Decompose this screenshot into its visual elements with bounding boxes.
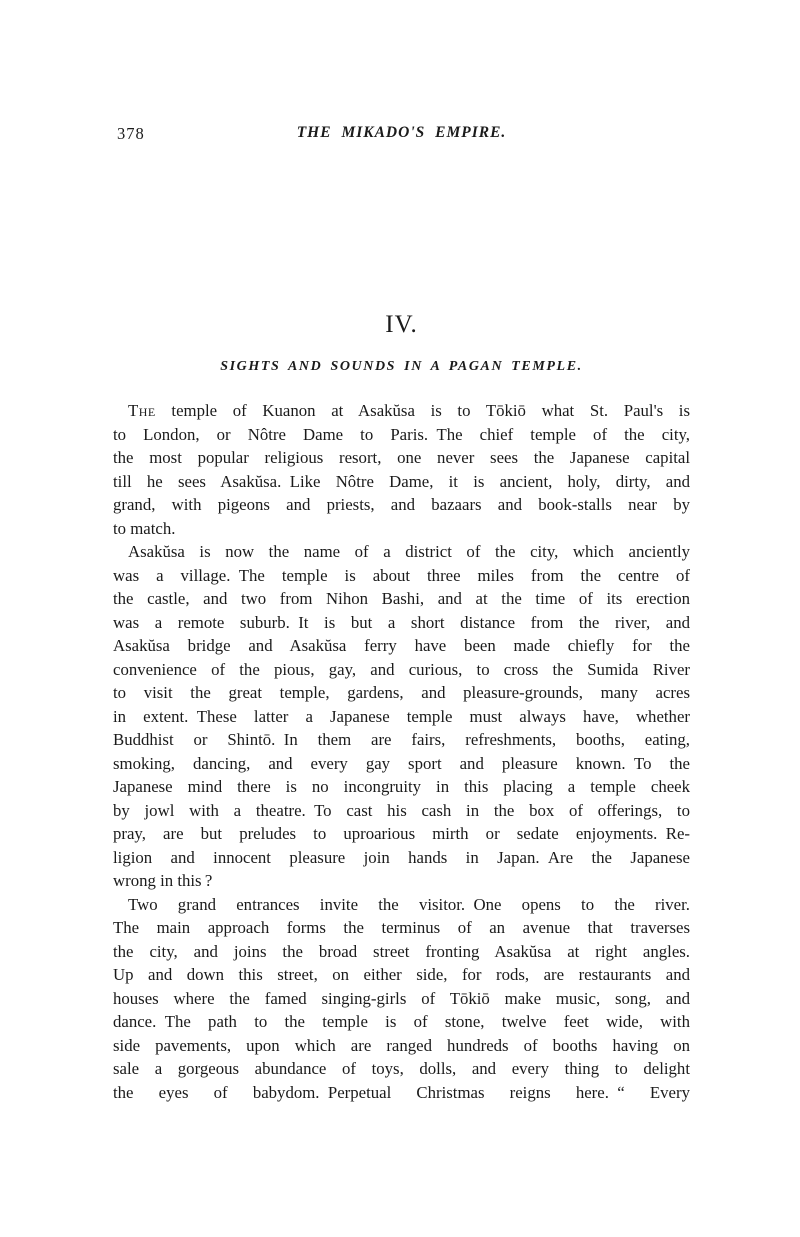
- body-line: was a remote suburb. It is but a short d…: [113, 611, 690, 635]
- body-line: the eyes of babydom. Perpetual Christmas…: [113, 1081, 690, 1105]
- body-line: the city, and joins the broad street fro…: [113, 940, 690, 964]
- body-line: side pavements, upon which are ranged hu…: [113, 1034, 690, 1058]
- body-line: Asakŭsa bridge and Asakŭsa ferry have be…: [113, 634, 690, 658]
- body-line: houses where the famed singing-girls of …: [113, 987, 690, 1011]
- body-line: Asakŭsa is now the name of a district of…: [113, 540, 690, 564]
- body-line: the most popular religious resort, one n…: [113, 446, 690, 470]
- body-line: Buddhist or Shintō. In them are fairs, r…: [113, 728, 690, 752]
- body-line: pray, are but preludes to uproarious mir…: [113, 822, 690, 846]
- running-head: THE MIKADO'S EMPIRE.: [113, 124, 690, 142]
- body-line: Japanese mind there is no incongruity in…: [113, 775, 690, 799]
- lead-word: The: [128, 401, 156, 420]
- book-page: 378 THE MIKADO'S EMPIRE. IV. SIGHTS AND …: [0, 0, 800, 1237]
- chapter-number: IV.: [113, 311, 690, 339]
- page-number: 378: [117, 124, 145, 144]
- body-line: dance. The path to the temple is of ston…: [113, 1010, 690, 1034]
- body-line: Two grand entrances invite the visitor. …: [113, 893, 690, 917]
- body-line: ligion and innocent pleasure join hands …: [113, 846, 690, 870]
- body-line: to match.: [113, 517, 690, 541]
- body-line: Up and down this street, on either side,…: [113, 963, 690, 987]
- body-text: The temple of Kuanon at Asakŭsa is to Tō…: [113, 399, 690, 1104]
- body-line: to London, or Nôtre Dame to Paris. The c…: [113, 423, 690, 447]
- body-line: sale a gorgeous abundance of toys, dolls…: [113, 1057, 690, 1081]
- body-line: by jowl with a theatre. To cast his cash…: [113, 799, 690, 823]
- body-line: till he sees Asakŭsa. Like Nôtre Dame, i…: [113, 470, 690, 494]
- body-line: the castle, and two from Nihon Bashi, an…: [113, 587, 690, 611]
- body-line: to visit the great temple, gardens, and …: [113, 681, 690, 705]
- body-line: convenience of the pious, gay, and curio…: [113, 658, 690, 682]
- line-text: temple of Kuanon at Asakŭsa is to Tōkiō …: [171, 401, 690, 420]
- body-line: wrong in this ?: [113, 869, 690, 893]
- body-line: in extent. These latter a Japanese templ…: [113, 705, 690, 729]
- body-line: was a village. The temple is about three…: [113, 564, 690, 588]
- body-line: The main approach forms the terminus of …: [113, 916, 690, 940]
- body-line: grand, with pigeons and priests, and baz…: [113, 493, 690, 517]
- body-line: The temple of Kuanon at Asakŭsa is to Tō…: [113, 399, 690, 423]
- body-line: smoking, dancing, and every gay sport an…: [113, 752, 690, 776]
- chapter-title: SIGHTS AND SOUNDS IN A PAGAN TEMPLE.: [113, 359, 690, 375]
- page-header: 378 THE MIKADO'S EMPIRE.: [113, 124, 690, 146]
